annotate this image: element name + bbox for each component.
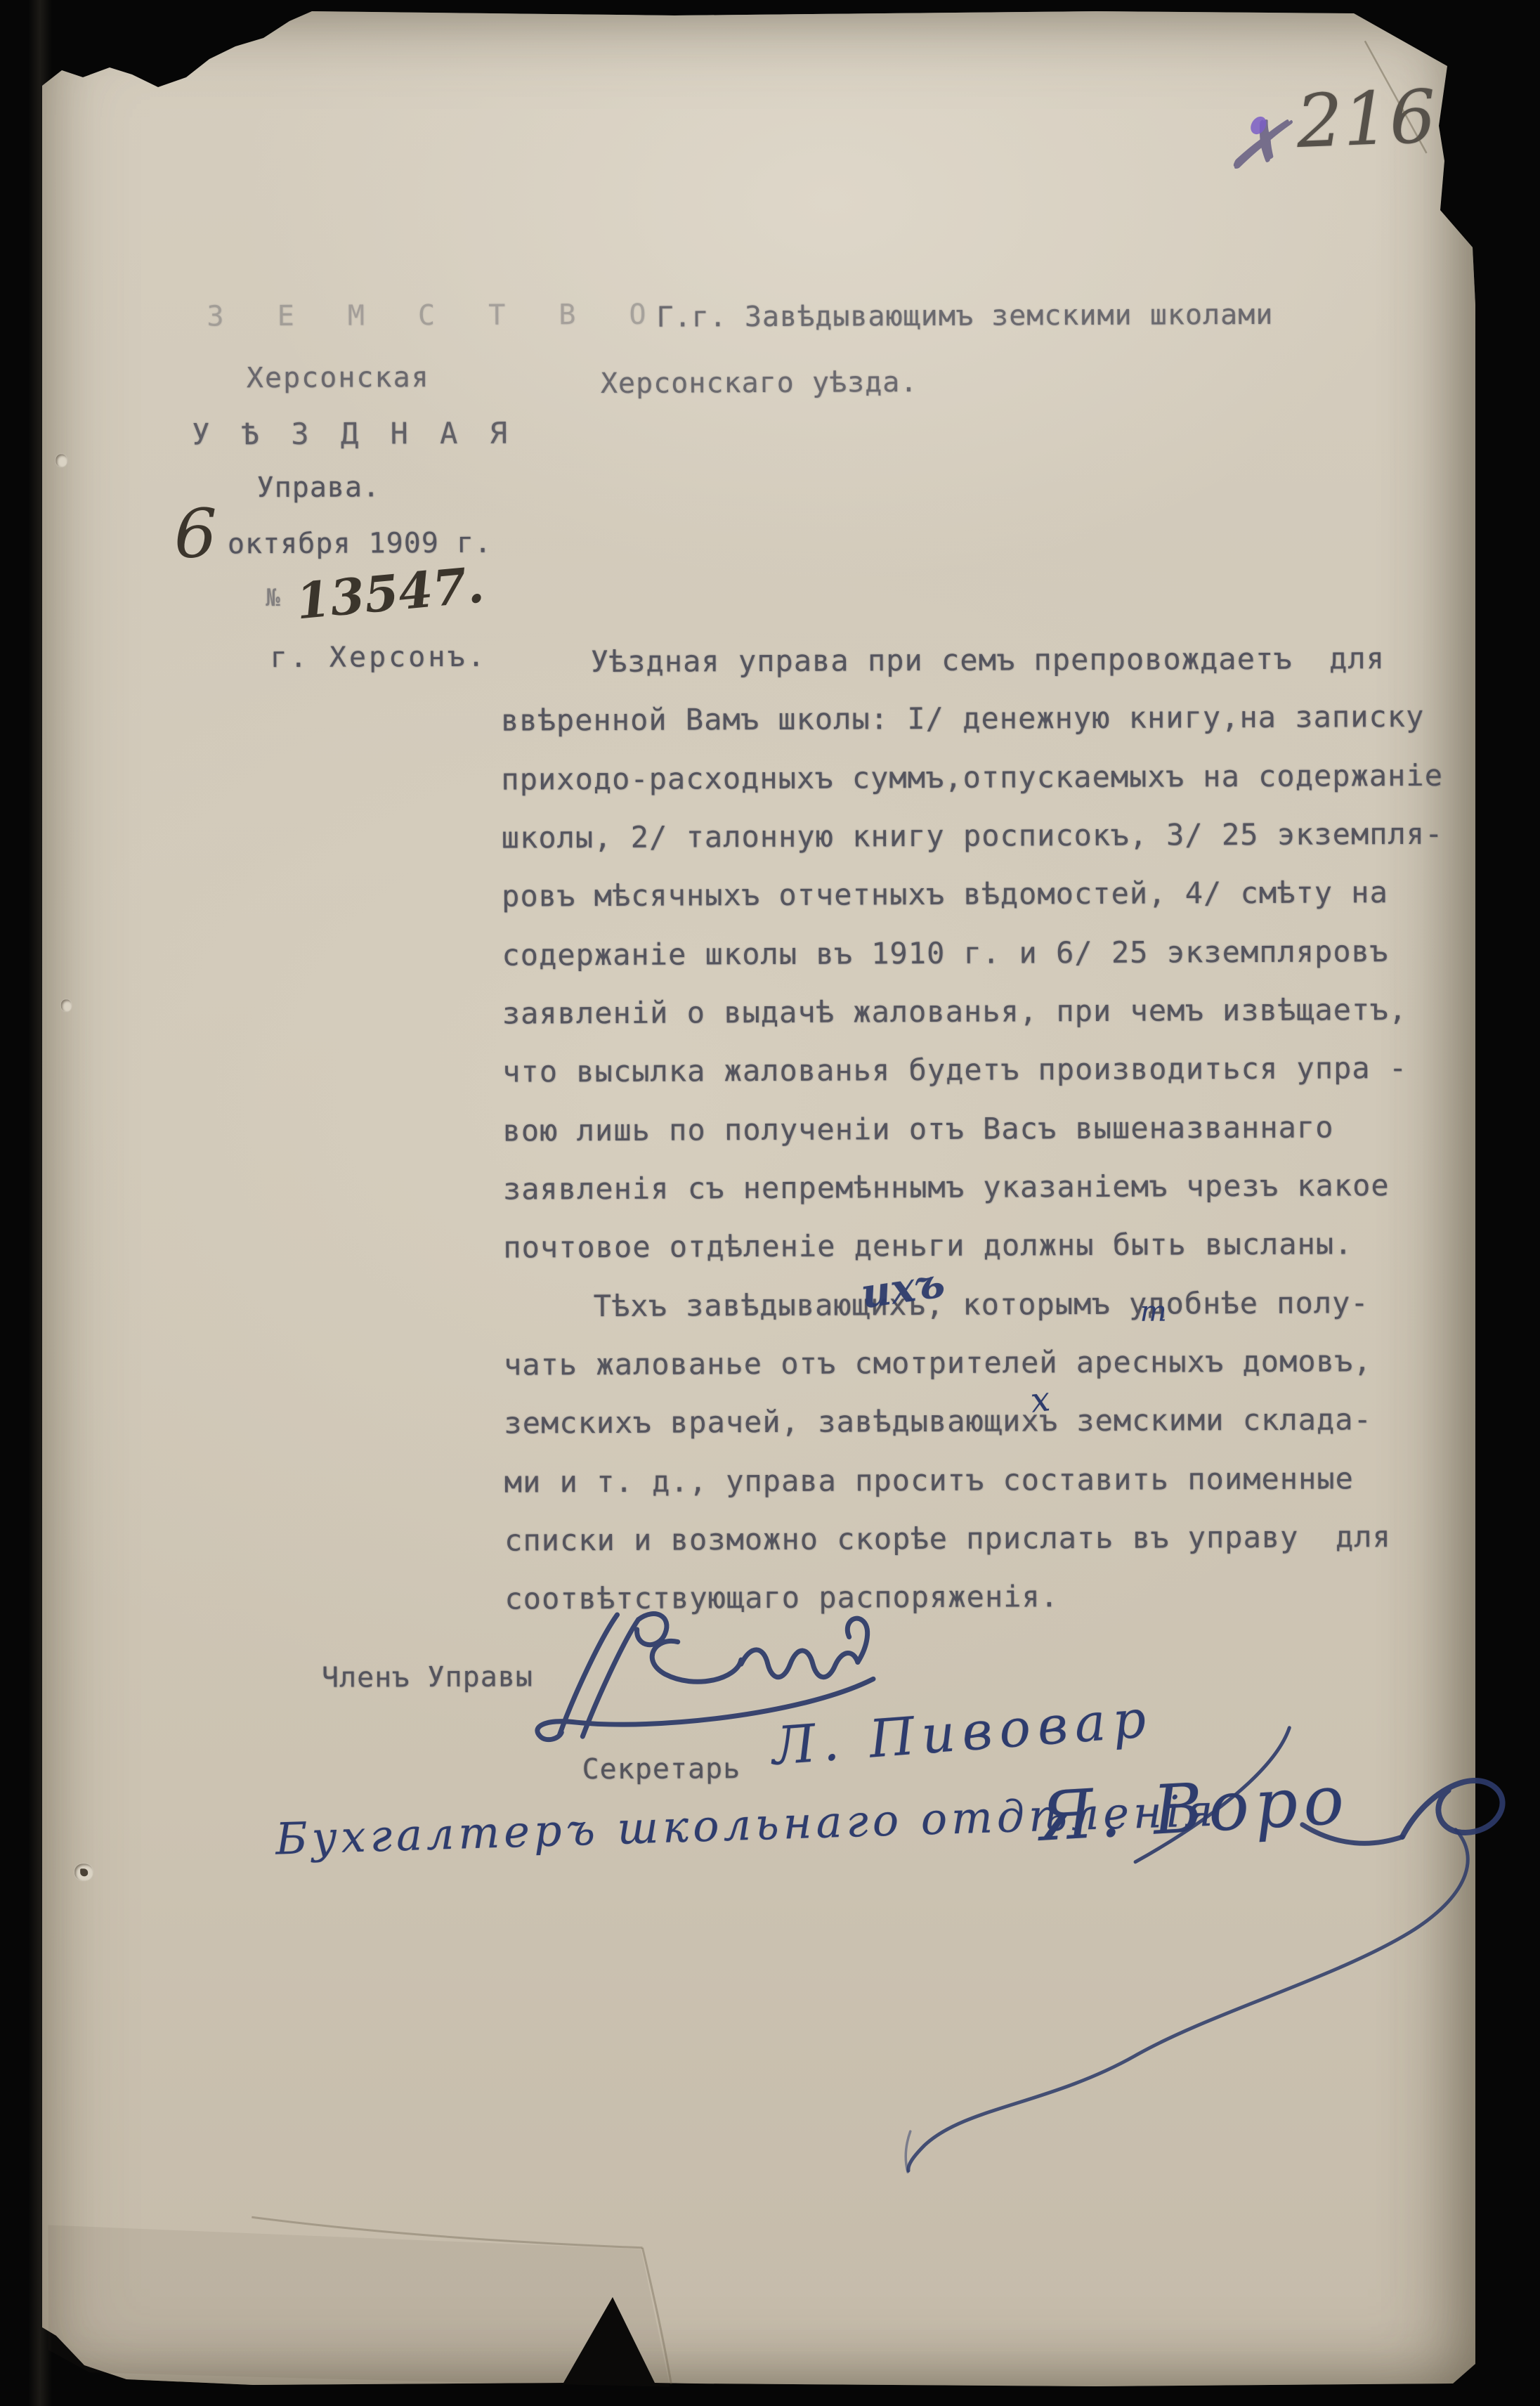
letterhead-org-line1: З Е М С Т В О xyxy=(207,299,664,333)
crease-line xyxy=(642,2248,671,2384)
body-line: ми и т. д., управа проситъ составить пои… xyxy=(504,1461,1354,1499)
body-line: почтовое отдѣленіе деньги должны быть вы… xyxy=(503,1226,1352,1264)
secretary-label: Секретарь xyxy=(582,1753,740,1786)
body-line: что высылка жалованья будетъ производить… xyxy=(502,1051,1407,1089)
body-line: чать жалованье отъ смотрителей аресныхъ … xyxy=(504,1344,1372,1381)
body-line: ввѣренной Вамъ школы: I/ денежную книгу,… xyxy=(501,699,1425,738)
number-sign: № xyxy=(266,584,281,612)
archival-number: 216 xyxy=(1295,73,1437,164)
archival-check-mark: ✗ xyxy=(1222,99,1292,190)
scan-background: ✗ 216 З Е М С Т В О Херсонская У Ѣ З Д Н… xyxy=(0,0,1540,2406)
body-line: вою лишь по полученіи отъ Васъ вышеназва… xyxy=(502,1110,1333,1147)
letterhead-org-line4: Управа. xyxy=(256,471,380,504)
body-line: списки и возможно скорѣе прислать въ упр… xyxy=(504,1519,1391,1558)
correction-superscript-t: т xyxy=(1140,1296,1167,1328)
document-number-handwritten: 13547. xyxy=(294,555,486,630)
body-line: земскихъ врачей, завѣдывающихъ земскими … xyxy=(504,1402,1372,1440)
fold-shading xyxy=(48,2223,670,2390)
punch-hole xyxy=(56,454,67,467)
letterhead-org-line3: У Ѣ З Д Н А Я xyxy=(192,416,514,452)
letterhead-org-line2: Херсонская xyxy=(247,361,430,394)
addressee-line-1: Г.г. Завѣдывающимъ земскими школами xyxy=(656,299,1273,334)
date-typed: октября 1909 г. xyxy=(228,527,492,561)
body-line: ровъ мѣсячныхъ отчетныхъ вѣдомостей, 4/ … xyxy=(502,875,1388,913)
city-line: г. Херсонъ. xyxy=(270,641,488,674)
date-day-handwritten: 6 xyxy=(174,494,218,573)
body-line: Уѣздная управа при семъ препровождаетъ д… xyxy=(501,641,1385,679)
secretary-signature: Л. Пивовар xyxy=(770,1689,1155,1777)
document-content: ✗ 216 З Е М С Т В О Херсонская У Ѣ З Д Н… xyxy=(0,0,1540,2406)
body-line: приходо-расходныхъ суммъ,отпускаемыхъ на… xyxy=(501,758,1443,797)
correction-overwritten-kh: х xyxy=(1029,1379,1052,1421)
body-line: заявленій о выдачѣ жалованья, при чемъ и… xyxy=(502,992,1407,1031)
body-line: содержаніе школы въ 1910 г. и 6/ 25 экзе… xyxy=(502,934,1388,973)
body-line: соотвѣтствующаго распоряженія. xyxy=(504,1579,1059,1615)
crease-line xyxy=(252,2216,642,2249)
member-label: Членъ Управы xyxy=(322,1660,533,1693)
body-line: школы, 2/ талонную книгу росписокъ, 3/ 2… xyxy=(502,817,1444,855)
punch-hole xyxy=(61,999,72,1011)
accountant-signature: Я. Воро xyxy=(1037,1760,1352,1856)
punch-hole xyxy=(74,1864,93,1880)
addressee-line-2: Херсонскаго уѣзда. xyxy=(601,366,918,400)
body-line: заявленія съ непремѣннымъ указаніемъ чре… xyxy=(503,1168,1390,1207)
